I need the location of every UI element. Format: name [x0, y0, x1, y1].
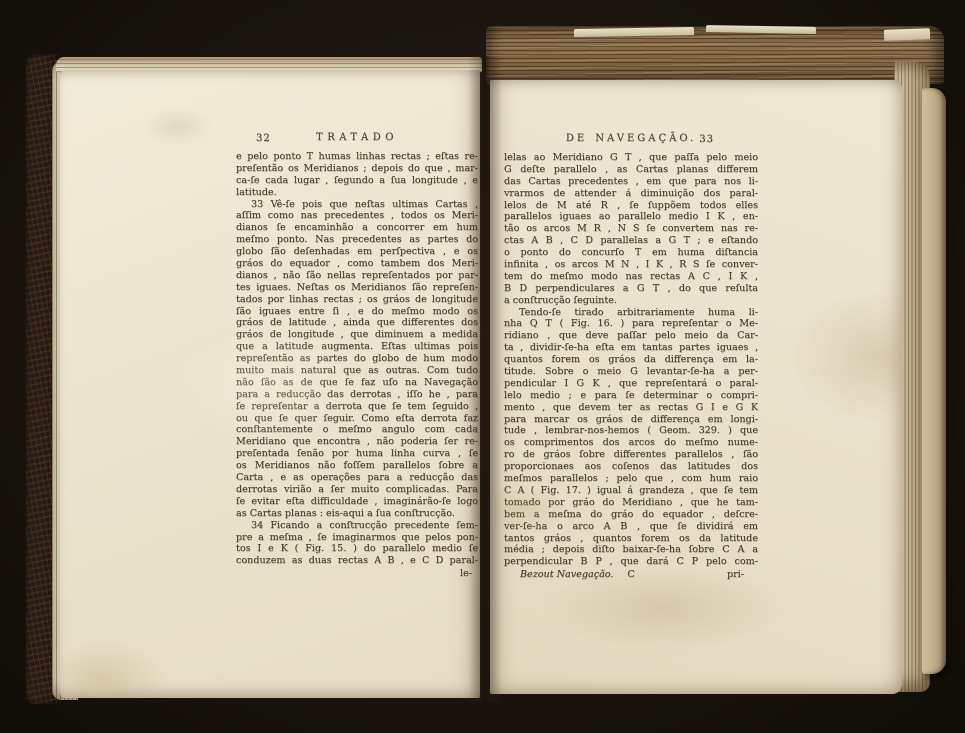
text-line: perpendicular B P , que dará C P pelo co… — [504, 556, 758, 568]
left-page-header: 32 TRATADO — [236, 132, 478, 151]
text-line: C A ( Fig. 17. ) igual á grandeza , que … — [504, 485, 758, 497]
left-page-text-column: 32 TRATADO e pelo ponto T humas linhas r… — [236, 132, 478, 580]
text-line: lelo medio ; e para ſe determinar o comp… — [504, 390, 758, 402]
text-line: ou que ſe quer ſeguir. Como eſta derrota… — [236, 413, 478, 425]
signature-mark: C — [627, 569, 634, 581]
text-line: tos I e K ( Fig. 15. ) do parallelo medi… — [236, 543, 478, 555]
text-line: Carta , e as operações para a reducção d… — [236, 472, 478, 484]
text-line: preſentada ſenão por huma linha curva , … — [236, 448, 478, 460]
text-line: ſão iguaes entre ſi , e do meſmo modo os — [236, 306, 478, 318]
text-line: conſtantemente o meſmo angulo com cada — [236, 424, 478, 436]
running-title: DE NAVEGAÇÃO. — [504, 133, 758, 145]
text-line: ſe evitar eſta difficuldade , imaginárão… — [236, 496, 478, 508]
text-line: 33 Vê-ſe pois que neſtas ultimas Cartas … — [236, 199, 478, 211]
text-line: vrarmos de attender á diminuição dos par… — [504, 188, 758, 200]
text-line: parallelos iguaes ao parallelo medio I K… — [504, 211, 758, 223]
text-line: dianos , não ſão nellas repreſentados po… — [236, 270, 478, 282]
text-line: conduzem as duas rectas A B , e C D para… — [236, 555, 478, 567]
book-photo: 32 TRATADO e pelo ponto T humas linhas r… — [0, 0, 965, 733]
text-line: para a reducção das derrotas , iſſo he ,… — [236, 389, 478, 401]
text-line: a conſtrucção ſeguinte. — [504, 295, 758, 307]
left-page-body: e pelo ponto T humas linhas rectas ; eſt… — [236, 151, 478, 567]
text-line: nha Q T ( Fig. 16. ) para repreſentar o … — [504, 318, 758, 330]
text-line: tomado por gráo do Meridiano , que he ta… — [504, 497, 758, 509]
text-line: para marcar os gráos de differença em lo… — [504, 414, 758, 426]
curled-page-edge — [922, 88, 946, 674]
text-line: quantos forem os gráos da differença em … — [504, 354, 758, 366]
text-line: latitude. — [236, 187, 478, 199]
text-line: ridiano , que deve paſſar pelo meio da C… — [504, 330, 758, 342]
text-line: das Cartas precedentes , em que para nos… — [504, 176, 758, 188]
signature-title: Bezout Navegação. — [520, 569, 613, 581]
text-line: Tendo-ſe tirado arbitrariamente huma li- — [504, 307, 758, 319]
text-line: ver-ſe-ha o arco A B , que ſe dividirá e… — [504, 521, 758, 533]
text-line: lelos de M até R , ſe ſuppõem todos elle… — [504, 200, 758, 212]
right-page: DE NAVEGAÇÃO. 33 lelas ao Meridiano G T … — [490, 80, 902, 694]
text-line: dianos ſe encaminhão a concorrer em hum — [236, 222, 478, 234]
text-line: preſentão os Meridianos ; depois do que … — [236, 163, 478, 175]
text-line: os Meridianos não foſſem parallelos ſobr… — [236, 460, 478, 472]
page-number: 32 — [256, 133, 271, 145]
text-line: ro de gráos ſobre differentes parallelos… — [504, 449, 758, 461]
page-edges-top — [486, 26, 944, 84]
text-line: média ; depois diſto baixar-ſe-ha ſobre … — [504, 544, 758, 556]
text-line: as Cartas planas : eis-aqui a ſua conſtr… — [236, 508, 478, 520]
text-line: gráos de longitude , que diminuem a medi… — [236, 329, 478, 341]
text-line: ſe repreſentar a derrota que ſe tem ſegu… — [236, 401, 478, 413]
text-line: repreſentão as partes do globo de hum mo… — [236, 353, 478, 365]
text-line: bem a meſma do gráo do equador , deſcre- — [504, 509, 758, 521]
text-line: tão os arcos M R , N S ſe convertem nas … — [504, 223, 758, 235]
text-line: tude , lembrar-nos-hemos ( Geom. 329. ) … — [504, 425, 758, 437]
text-line: pendicular I G K , que repreſentará o pa… — [504, 378, 758, 390]
text-line: ca-ſe cada lugar , ſegundo a ſua longitu… — [236, 175, 478, 187]
text-line: o ponto do concurſo T em huma diſtancia — [504, 247, 758, 259]
left-page: 32 TRATADO e pelo ponto T humas linhas r… — [60, 70, 480, 698]
text-line: mento , que devem ter as rectas G I e G … — [504, 402, 758, 414]
text-line: Meridiano que encontra , não poderia ſer… — [236, 436, 478, 448]
paper-sliver — [706, 25, 816, 34]
page-number: 33 — [699, 134, 714, 146]
text-line: 34 Ficando a conſtrucção precedente ſem- — [236, 520, 478, 532]
text-line: G deſte parallelo , as Cartas planas dif… — [504, 164, 758, 176]
text-line: muito mais natural que as outras. Com tu… — [236, 365, 478, 377]
catchword: pri- — [727, 569, 744, 581]
text-line: meſmos parallelos ; pelo que , com hum r… — [504, 473, 758, 485]
text-line: aſſim como nas precedentes , todos os Me… — [236, 210, 478, 222]
text-line: tes iguaes. Neſtas os Meridianos ſão rep… — [236, 282, 478, 294]
text-line: ctas A B , C D parallelas a G T ; e eſta… — [504, 235, 758, 247]
running-title: TRATADO — [236, 132, 478, 144]
text-line: B D perpendiculares a G T , do que reſul… — [504, 283, 758, 295]
text-line: que a latitude augmenta. Eſtas ultimas p… — [236, 341, 478, 353]
text-line: lelas ao Meridiano G T , que paſſa pelo … — [504, 152, 758, 164]
right-page-text-column: DE NAVEGAÇÃO. 33 lelas ao Meridiano G T … — [504, 133, 758, 581]
text-line: ta , dividir-ſe-ha eſta em tantas partes… — [504, 342, 758, 354]
signature-line: Bezout Navegação. C pri- — [504, 569, 758, 581]
text-line: gráos de latitude , ainda que differente… — [236, 317, 478, 329]
text-line: titude. Sobre o meio G levantar-ſe-ha a … — [504, 366, 758, 378]
text-line: proporcionaes aos coſenos das latitudes … — [504, 461, 758, 473]
text-line: não ſão as de que ſe faz uſo na Navegaçã… — [236, 377, 478, 389]
text-line: tados por linhas rectas ; os gráos de lo… — [236, 294, 478, 306]
text-line: meſmo ponto. Nas precedentes as partes d… — [236, 234, 478, 246]
right-page-body: lelas ao Meridiano G T , que paſſa pelo … — [504, 152, 758, 568]
text-line: tem do meſmo modo nas rectas A C , I K , — [504, 271, 758, 283]
text-line: pre a meſma , ſe imaginarmos que pelos p… — [236, 532, 478, 544]
text-line: os comprimentos dos arcos do meſmo nume- — [504, 437, 758, 449]
catchword: le- — [236, 568, 478, 580]
text-line: e pelo ponto T humas linhas rectas ; eſt… — [236, 151, 478, 163]
text-line: derrotas virião a ſer muito complicadas.… — [236, 484, 478, 496]
right-page-header: DE NAVEGAÇÃO. 33 — [504, 133, 758, 152]
paper-sliver — [574, 27, 694, 37]
text-line: globo ſão deſenhadas em perſpectiva , e … — [236, 246, 478, 258]
text-line: gráos do equador , como tambem dos Meri- — [236, 258, 478, 270]
paper-sliver — [884, 28, 930, 41]
text-line: tantos gráos , quantos forem os da latit… — [504, 533, 758, 545]
text-line: infinita , os arcos M N , I K , R S ſe c… — [504, 259, 758, 271]
